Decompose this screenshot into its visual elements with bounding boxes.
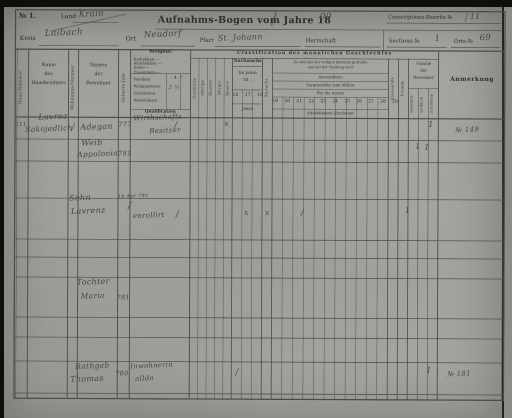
hw-resident2-name1: Weib [81, 139, 102, 148]
sections-number-value: 1 [435, 35, 441, 44]
class-col-geistliche: Geistliche [192, 60, 196, 116]
paper-sheet: № 1. Land Krain Aufnahms-Bogen vom Jahre… [4, 7, 504, 418]
hw-resident3-birthdate: 18 Apr 790 [118, 194, 148, 201]
sum-group-title: Summe der Bewohner [409, 61, 439, 82]
religion-box-lower-value: 4 . 7 [167, 76, 191, 80]
mark-row3-slash: ∕ [176, 211, 180, 220]
religion-box-rows: Katholiken — Akatholiken — Juden — Zusam… [134, 57, 162, 75]
religion-box-clergy-handwriting: 3 ½ [168, 85, 180, 91]
hw-dwelling-mark: ∕ [71, 124, 75, 133]
revision-text: Es sind bei der vorigen Revision gestell… [273, 60, 389, 71]
hw-resident1-name: Adegan [80, 123, 113, 132]
hw-resident2-name2: Appolonia [77, 149, 118, 158]
band-vorgemerkte: Vorgemerkte zum Militär [273, 83, 389, 87]
religion-box-title: Religion: [131, 50, 191, 55]
mark-row2-count-b: 1 [424, 144, 430, 152]
orts-number-value: 69 [480, 34, 492, 43]
age-classes-caption: Altersklassen überhaupt [272, 111, 388, 115]
land-label: Land [61, 14, 76, 20]
orts-number-label: Orts-№ [454, 40, 473, 46]
mark-row3-x1: x [244, 209, 249, 217]
mark-row1-count: 1 [428, 121, 434, 129]
class-col-bauern: Bauern [226, 60, 230, 116]
form-title: Aufnahms-Bogen vom Jahre 18 [158, 16, 331, 26]
mark-row5-count: 1 [426, 367, 432, 375]
kreis-label: Kreis [20, 36, 36, 42]
foreign-col: Fremde [400, 63, 404, 115]
hw-resident4-name2: Maria [80, 292, 104, 300]
class-col-beamte: Beamte [209, 60, 213, 116]
pfarr-label: Pfarr [200, 39, 214, 45]
sheet-number: № 1. [19, 12, 36, 19]
band-armee: Für die Armee [272, 91, 388, 95]
hw-owner-line2: Sakojedlich [25, 124, 73, 133]
col-birth-year: Geburts-Jahr [121, 59, 125, 115]
sections-number-label: Sections-№ [389, 40, 420, 46]
ort-value-handwriting: Neudorf [144, 30, 182, 40]
hw-resident5-occupation1: Inwohnerin [130, 362, 173, 370]
hw-resident3-slash: ∕ [128, 201, 132, 211]
conscription-district-label: Conscriptions-Bezirks-№ [388, 16, 452, 21]
land-value-handwriting: Krain [79, 10, 105, 19]
hw-resident4-name1: Tochter [77, 278, 110, 287]
mark-row3-count: 1 [405, 207, 411, 215]
sum-col-total: zusammen [430, 92, 434, 117]
sum-col-male: männlich [410, 92, 414, 117]
conscription-district-value: 11 [470, 13, 481, 21]
title-year-handwriting: 00 [320, 13, 332, 22]
hw-resident5-occupation2: allda [135, 375, 154, 383]
scanned-document-page: { "header": { "sheet_no": "№ 1.", "land_… [0, 0, 512, 418]
herrschaft-label: Herrschaft [306, 39, 336, 45]
ort-label: Ort [126, 36, 136, 42]
religion-box-lower-labels: Familien Wohnparteien Geistlichen Wohnhä… [133, 75, 160, 103]
sum-col-female: weiblich [420, 92, 424, 117]
hw-anmerkung-row5: № 181 [447, 370, 471, 378]
hw-resident5-name2: Thomas [70, 375, 104, 384]
mark-row1-slash: ∕ [174, 122, 178, 131]
hw-resident2-year: 781 [118, 150, 132, 157]
hw-resident5-name1: Rathgeb [75, 362, 110, 371]
band-anwendbare: Anwendbare [273, 75, 389, 79]
mark-row1-x: x [224, 120, 229, 128]
hw-resident5-year: 780 [115, 370, 129, 377]
class-col-buerger: Bürger [217, 60, 221, 116]
hw-resident3-name2: Lavrenz [71, 207, 106, 216]
hw-anmerkung-row1: № 149 [455, 126, 479, 134]
hw-owner-line1: Lavrez [38, 113, 67, 122]
mark-row3-x2: x [265, 209, 270, 217]
hw-resident3-name1: Sohn [69, 194, 91, 203]
class-col-adelige: Adelige [200, 60, 204, 116]
nachwuchs-title: Nachwuchs [233, 59, 263, 64]
zuwachs-col: Zuwachs [264, 62, 268, 114]
col-dwelling-number: Wohnungs-Nummer [70, 59, 74, 115]
age-classes-row: 19 20 21 22 23 24 25 26 27 28 29 [272, 100, 388, 105]
nachwuchs-ages: 16 17 18 [232, 94, 262, 99]
col-residents-names: Namen der Bewohner [79, 61, 119, 89]
mark-row3-slash2: ∕ [301, 209, 305, 218]
aufnahms-bogen-form: № 1. Land Krain Aufnahms-Bogen vom Jahre… [13, 9, 506, 401]
hw-resident1-year: 777 [118, 121, 132, 128]
mark-row5-slash: ∕ [235, 369, 239, 378]
anmerkung-col: Anmerkung [439, 77, 506, 83]
mark-row2-count-a: 1 [415, 143, 421, 151]
nachwuchs-im-jahre: Im Jahre 18 .. [233, 70, 263, 84]
col-house-number: Haus-Nummer [18, 61, 22, 113]
absent-col: Abwesende [390, 63, 394, 115]
hw-resident4-year: 781 [116, 294, 130, 301]
col-owner-name: Name des Hausbesitzers [29, 61, 69, 89]
nachwuchs-caption: Jahre [232, 107, 262, 111]
hw-resident3-occupation: enrollirt [133, 212, 165, 220]
